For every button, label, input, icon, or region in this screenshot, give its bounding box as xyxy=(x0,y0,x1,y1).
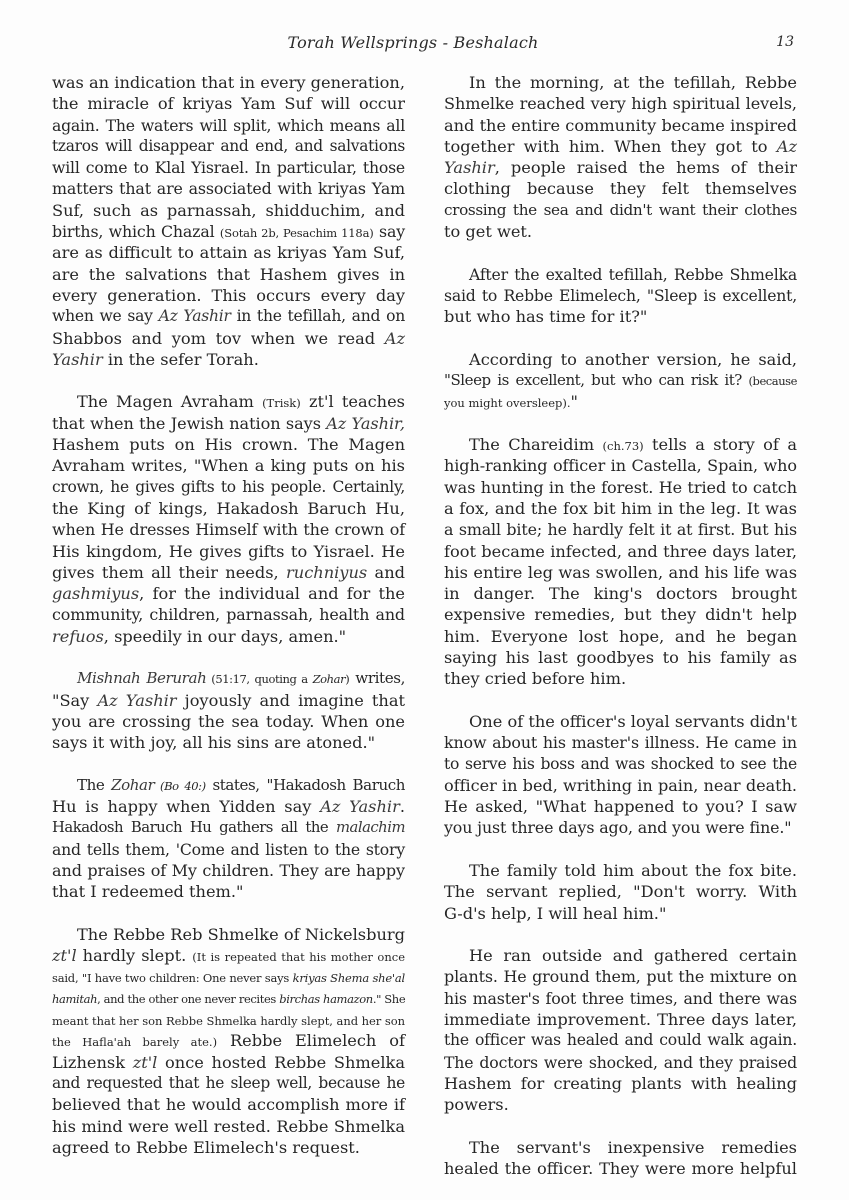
text-run: One of the officer's loyal servants didn… xyxy=(469,712,797,731)
text-run: they cried before him. xyxy=(444,669,626,688)
text-line: gives them all their needs, ruchniyus an… xyxy=(52,562,405,583)
text-run: when we say xyxy=(52,307,159,325)
text-run: are as difficult to attain as kriyas Yam… xyxy=(52,243,405,262)
text-line: and tells them, 'Come and listen to the … xyxy=(52,839,405,860)
text-line: His kingdom, He gives gifts to Yisrael. … xyxy=(52,541,405,562)
text-line: crown, he gives gifts to his people. Cer… xyxy=(52,477,405,498)
text-run: writes, xyxy=(349,669,405,687)
paragraph: According to another version, he said,"S… xyxy=(444,349,797,413)
text-line: when we say Az Yashir in the tefillah, a… xyxy=(52,306,405,327)
paragraph: The servant's inexpensive remedieshealed… xyxy=(444,1137,797,1180)
italic-term: Zohar xyxy=(313,672,346,686)
text-run: and xyxy=(367,563,405,582)
text-line: healed the officer. They were more helpf… xyxy=(444,1158,797,1179)
text-run: The servant replied, "Don't worry. With xyxy=(444,882,797,901)
text-run: crown, he gives gifts to his people. Cer… xyxy=(52,478,405,496)
paragraph: One of the officer's loyal servants didn… xyxy=(444,711,797,839)
citation: (Sotah 2b, Pesachim 118a) xyxy=(220,226,374,240)
text-run: The Magen Avraham xyxy=(77,392,262,411)
text-run: together with him. When they got to xyxy=(444,137,777,156)
text-line: According to another version, he said, xyxy=(444,349,797,370)
text-run: that I redeemed them." xyxy=(52,882,244,901)
text-run: The family told him about the fox bite. xyxy=(469,861,797,880)
paragraph: The Zohar (Bo 40:) states, "Hakadosh Bar… xyxy=(52,775,405,903)
text-run: gives them all their needs, xyxy=(52,563,286,582)
text-line: are the salvations that Hashem gives in xyxy=(52,264,405,285)
text-run: the King of kings, Hakadosh Baruch Hu, xyxy=(52,499,405,518)
text-run: He asked, "What happened to you? I saw xyxy=(444,797,797,816)
text-line: The Rebbe Reb Shmelke of Nickelsburg xyxy=(52,924,405,945)
text-run: but who has time for it?" xyxy=(444,307,647,326)
italic-term: Az Yashir, xyxy=(326,414,405,433)
text-line: his entire leg was swollen, and his life… xyxy=(444,562,797,583)
text-run: say xyxy=(374,222,405,241)
text-run: matters that are associated with kriyas … xyxy=(52,179,405,198)
text-line: together with him. When they got to Az xyxy=(444,136,797,157)
text-line: community, children, parnassah, health a… xyxy=(52,604,405,625)
italic-term: Mishnah Berurah xyxy=(77,669,206,687)
text-run: in the sefer Torah. xyxy=(103,350,259,369)
text-line: a fox, and the fox bit him in the leg. I… xyxy=(444,498,797,519)
text-run: Shmelke reached very high spiritual leve… xyxy=(444,94,797,113)
text-run: The xyxy=(77,776,111,794)
text-run: expensive remedies, but they didn't help xyxy=(444,605,797,624)
text-run: Hashem puts on His crown. The Magen xyxy=(52,435,405,454)
text-line: Yashir, people raised the hems of their xyxy=(444,157,797,178)
text-line: foot became infected, and three days lat… xyxy=(444,541,797,562)
text-line: gashmiyus, for the individual and for th… xyxy=(52,583,405,604)
text-run: Suf, such as parnassah, shidduchim, and xyxy=(52,201,405,220)
text-run: The Chareidim xyxy=(469,435,603,454)
text-line: high-ranking officer in Castella, Spain,… xyxy=(444,455,797,476)
text-run: saying his last goodbyes to his family a… xyxy=(444,648,797,667)
text-run: and tells them, 'Come and listen to the … xyxy=(52,840,405,859)
text-run: a fox, and the fox bit him in the leg. I… xyxy=(444,499,797,518)
text-run: to serve his boss and was shocked to see… xyxy=(444,755,797,773)
citation: (ch.73) xyxy=(603,439,644,453)
text-run: said to Rebbe Elimelech, "Sleep is excel… xyxy=(444,286,797,305)
citation: meant that her son Rebbe Shmelka hardly … xyxy=(52,1014,405,1028)
text-line: and praises of My children. They are hap… xyxy=(52,860,405,881)
text-run: him. Everyone lost hope, and he began xyxy=(444,627,797,646)
text-line: to get wet. xyxy=(444,221,797,242)
text-line: Lizhensk zt'l once hosted Rebbe Shmelka xyxy=(52,1052,405,1073)
text-line: will come to Klal Yisrael. In particular… xyxy=(52,157,405,178)
citation: said, "I have two children: One never sa… xyxy=(52,971,293,985)
paragraph: The Chareidim (ch.73) tells a story of a… xyxy=(444,434,797,690)
italic-term: malachim xyxy=(336,819,405,836)
text-line: The servant's inexpensive remedies xyxy=(444,1137,797,1158)
italic-term: gashmiyus xyxy=(52,584,139,603)
text-run: crossing the sea and didn't want their c… xyxy=(444,201,797,219)
text-run: officer in bed, writhing in pain, near d… xyxy=(444,776,797,795)
paragraph: was an indication that in every generati… xyxy=(52,72,405,370)
text-run: and praises of My children. They are hap… xyxy=(52,861,405,880)
citation: (Trisk) xyxy=(262,396,301,410)
text-line: Hu is happy when Yidden say Az Yashir. xyxy=(52,796,405,817)
text-run: that when the Jewish nation says xyxy=(52,414,326,433)
text-run: Lizhensk xyxy=(52,1053,133,1072)
running-header: Torah Wellsprings - Beshalach 13 xyxy=(0,30,849,56)
text-run: Avraham writes, "When a king puts on his xyxy=(52,456,405,475)
italic-term: hamitah xyxy=(52,992,97,1006)
text-line: crossing the sea and didn't want their c… xyxy=(444,200,797,221)
text-line: again. The waters will split, which mean… xyxy=(52,115,405,136)
text-line: meant that her son Rebbe Shmelka hardly … xyxy=(52,1009,405,1030)
text-line: Suf, such as parnassah, shidduchim, and xyxy=(52,200,405,221)
text-line: said to Rebbe Elimelech, "Sleep is excel… xyxy=(444,285,797,306)
italic-term: Zohar xyxy=(111,776,154,794)
text-run: and the entire community became inspired xyxy=(444,116,797,135)
text-run: "Sleep is excellent, but who can risk it… xyxy=(444,371,748,389)
citation: you might oversleep). xyxy=(444,396,571,410)
text-line: him. Everyone lost hope, and he began xyxy=(444,626,797,647)
text-line: you just three days ago, and you were fi… xyxy=(444,817,797,838)
italic-term: zt'l xyxy=(133,1053,158,1072)
text-line: are as difficult to attain as kriyas Yam… xyxy=(52,242,405,263)
text-line: The family told him about the fox bite. xyxy=(444,860,797,881)
text-line: know about his master's illness. He came… xyxy=(444,732,797,753)
text-line: Hakadosh Baruch Hu gathers all the malac… xyxy=(52,817,405,838)
text-line: you might oversleep)." xyxy=(444,391,797,412)
citation: (It is repeated that his mother once xyxy=(192,950,405,964)
text-line: in danger. The king's doctors brought xyxy=(444,583,797,604)
text-line: his mind were well rested. Rebbe Shmelka xyxy=(52,1116,405,1137)
italic-term: (Bo 40:) xyxy=(154,779,205,793)
text-line: that when the Jewish nation says Az Yash… xyxy=(52,413,405,434)
text-line: One of the officer's loyal servants didn… xyxy=(444,711,797,732)
text-run: tells a story of a xyxy=(644,435,797,454)
text-line: expensive remedies, but they didn't help xyxy=(444,604,797,625)
text-run: believed that he would accomplish more i… xyxy=(52,1095,405,1114)
text-run: Rebbe Elimelech of xyxy=(217,1031,405,1050)
text-line: The servant replied, "Don't worry. With xyxy=(444,881,797,902)
text-run: His kingdom, He gives gifts to Yisrael. … xyxy=(52,542,405,561)
citation: (because xyxy=(748,374,797,388)
text-run: are the salvations that Hashem gives in xyxy=(52,265,405,284)
text-line: Avraham writes, "When a king puts on his xyxy=(52,455,405,476)
paragraph: The Magen Avraham (Trisk) zt'l teachesth… xyxy=(52,391,405,647)
text-run: a small bite; he hardly felt it at first… xyxy=(444,520,797,539)
italic-term: kriyas Shema she'al xyxy=(293,971,405,985)
text-run: says it with joy, all his sins are atone… xyxy=(52,733,375,752)
text-run: again. The waters will split, which mean… xyxy=(52,116,405,135)
text-run: Hakadosh Baruch Hu gathers all the xyxy=(52,819,336,836)
text-run: G-d's help, I will heal him." xyxy=(444,904,666,923)
text-line: matters that are associated with kriyas … xyxy=(52,178,405,199)
text-run: in danger. The king's doctors brought xyxy=(444,584,797,603)
text-line: tzaros will disappear and end, and salva… xyxy=(52,136,405,157)
text-line: agreed to Rebbe Elimelech's request. xyxy=(52,1137,405,1158)
text-run: " xyxy=(571,392,578,411)
text-run: , people raised the hems of their xyxy=(495,158,797,177)
text-run: his master's foot three times, and there… xyxy=(444,989,797,1008)
text-run: . xyxy=(400,797,405,816)
citation: (51:17, quoting a xyxy=(206,672,312,686)
text-line: officer in bed, writhing in pain, near d… xyxy=(444,775,797,796)
text-line: refuos, speedily in our days, amen." xyxy=(52,626,405,647)
text-line: and requested that he sleep well, becaus… xyxy=(52,1073,405,1094)
text-run: know about his master's illness. He came… xyxy=(444,733,797,752)
text-run: agreed to Rebbe Elimelech's request. xyxy=(52,1138,360,1157)
text-line: He ran outside and gathered certain xyxy=(444,945,797,966)
text-line: zt'l hardly slept. (It is repeated that … xyxy=(52,945,405,966)
text-run: was an indication that in every generati… xyxy=(52,73,405,92)
text-line: the Hafla'ah barely ate.) Rebbe Elimelec… xyxy=(52,1030,405,1051)
page-number: 13 xyxy=(770,34,794,50)
text-run: his mind were well rested. Rebbe Shmelka xyxy=(52,1117,405,1136)
text-line: He asked, "What happened to you? I saw xyxy=(444,796,797,817)
text-run: The doctors were shocked, and they prais… xyxy=(444,1053,797,1072)
italic-term: Az Yashir xyxy=(97,691,176,710)
text-line: his master's foot three times, and there… xyxy=(444,988,797,1009)
text-line: to serve his boss and was shocked to see… xyxy=(444,754,797,775)
italic-term: zt'l xyxy=(52,946,77,965)
text-run: , for the individual and for the xyxy=(139,584,405,603)
text-run: tzaros will disappear and end, and salva… xyxy=(52,137,405,155)
italic-term: Az xyxy=(385,329,405,348)
text-line: a small bite; he hardly felt it at first… xyxy=(444,519,797,540)
text-run: The servant's inexpensive remedies xyxy=(469,1138,797,1157)
text-line: The Zohar (Bo 40:) states, "Hakadosh Bar… xyxy=(52,775,405,796)
text-line: Mishnah Berurah (51:17, quoting a Zohar)… xyxy=(52,668,405,689)
text-run: joyously and imagine that xyxy=(177,691,405,710)
text-run: , speedily in our days, amen." xyxy=(104,627,346,646)
paragraph: The family told him about the fox bite.T… xyxy=(444,860,797,924)
italic-term: refuos xyxy=(52,627,104,646)
text-run: and requested that he sleep well, becaus… xyxy=(52,1074,405,1092)
text-line: believed that he would accomplish more i… xyxy=(52,1094,405,1115)
text-run: Shabbos and yom tov when we read xyxy=(52,329,385,348)
italic-term: Yashir xyxy=(52,350,103,369)
text-run: will come to Klal Yisrael. In particular… xyxy=(52,158,405,177)
document-page: Torah Wellsprings - Beshalach 13 was an … xyxy=(0,0,849,1200)
text-column-left: was an indication that in every generati… xyxy=(52,72,405,1179)
text-line: "Sleep is excellent, but who can risk it… xyxy=(444,370,797,391)
text-line: when He dresses Himself with the crown o… xyxy=(52,519,405,540)
text-line: hamitah, and the other one never recites… xyxy=(52,988,405,1009)
paragraph: He ran outside and gathered certainplant… xyxy=(444,945,797,1115)
text-line: Hashem puts on His crown. The Magen xyxy=(52,434,405,455)
text-run: powers. xyxy=(444,1095,509,1114)
text-line: every generation. This occurs every day xyxy=(52,285,405,306)
text-run: states, "Hakadosh Baruch xyxy=(206,776,405,794)
text-run: births, which Chazal xyxy=(52,222,220,241)
text-run: clothing because they felt themselves xyxy=(444,179,797,198)
text-run: He ran outside and gathered certain xyxy=(469,946,797,965)
citation: ." She xyxy=(373,992,405,1006)
text-line: was hunting in the forest. He tried to c… xyxy=(444,477,797,498)
text-run: to get wet. xyxy=(444,222,532,241)
text-line: immediate improvement. Three days later, xyxy=(444,1009,797,1030)
text-run: community, children, parnassah, health a… xyxy=(52,605,405,624)
text-run: After the exalted tefillah, Rebbe Shmelk… xyxy=(469,265,797,284)
text-line: "Say Az Yashir joyously and imagine that xyxy=(52,690,405,711)
text-run: the miracle of kriyas Yam Suf will occur xyxy=(52,94,405,113)
text-run: hardly slept. xyxy=(77,946,193,965)
text-line: The Chareidim (ch.73) tells a story of a xyxy=(444,434,797,455)
text-run: immediate improvement. Three days later, xyxy=(444,1010,797,1029)
text-line: the officer was healed and could walk ag… xyxy=(444,1030,797,1051)
text-line: Yashir in the sefer Torah. xyxy=(52,349,405,370)
text-line: plants. He ground them, put the mixture … xyxy=(444,966,797,987)
text-line: In the morning, at the tefillah, Rebbe xyxy=(444,72,797,93)
text-run: every generation. This occurs every day xyxy=(52,286,405,305)
italic-term: ruchniyus xyxy=(286,563,367,582)
text-line: saying his last goodbyes to his family a… xyxy=(444,647,797,668)
text-line: Shabbos and yom tov when we read Az xyxy=(52,328,405,349)
text-line: clothing because they felt themselves xyxy=(444,178,797,199)
citation: , and the other one never recites xyxy=(97,992,279,1006)
italic-term: Az Yashir xyxy=(320,797,400,816)
text-line: powers. xyxy=(444,1094,797,1115)
text-line: the miracle of kriyas Yam Suf will occur xyxy=(52,93,405,114)
text-line: Shmelke reached very high spiritual leve… xyxy=(444,93,797,114)
text-line: and the entire community became inspired xyxy=(444,115,797,136)
text-line: but who has time for it?" xyxy=(444,306,797,327)
text-column-right: In the morning, at the tefillah, RebbeSh… xyxy=(444,72,797,1200)
text-run: you are crossing the sea today. When one xyxy=(52,712,405,731)
paragraph: The Rebbe Reb Shmelke of Nickelsburgzt'l… xyxy=(52,924,405,1158)
text-line: births, which Chazal (Sotah 2b, Pesachim… xyxy=(52,221,405,242)
italic-term: Yashir xyxy=(444,158,495,177)
citation: the Hafla'ah barely ate.) xyxy=(52,1035,217,1049)
text-run: In the morning, at the tefillah, Rebbe xyxy=(469,73,797,92)
text-run: According to another version, he said, xyxy=(469,350,797,369)
text-run: in the tefillah, and on xyxy=(231,307,405,325)
text-run: zt'l teaches xyxy=(301,392,405,411)
text-run: healed the officer. They were more helpf… xyxy=(444,1159,797,1178)
text-run: The Rebbe Reb Shmelke of Nickelsburg xyxy=(77,925,405,944)
text-line: they cried before him. xyxy=(444,668,797,689)
text-run: "Say xyxy=(52,691,97,710)
text-line: After the exalted tefillah, Rebbe Shmelk… xyxy=(444,264,797,285)
text-run: foot became infected, and three days lat… xyxy=(444,542,797,561)
text-line: says it with joy, all his sins are atone… xyxy=(52,732,405,753)
text-line: said, "I have two children: One never sa… xyxy=(52,966,405,987)
text-run: the officer was healed and could walk ag… xyxy=(444,1031,797,1049)
text-run: plants. He ground them, put the mixture … xyxy=(444,967,797,986)
text-run: when He dresses Himself with the crown o… xyxy=(52,520,405,539)
text-run: Hu is happy when Yidden say xyxy=(52,797,320,816)
text-line: that I redeemed them." xyxy=(52,881,405,902)
text-line: The doctors were shocked, and they prais… xyxy=(444,1052,797,1073)
text-run: you just three days ago, and you were fi… xyxy=(444,818,791,837)
text-run: Hashem for creating plants with healing xyxy=(444,1074,797,1093)
text-line: Hashem for creating plants with healing xyxy=(444,1073,797,1094)
paragraph: In the morning, at the tefillah, RebbeSh… xyxy=(444,72,797,242)
paragraph: After the exalted tefillah, Rebbe Shmelk… xyxy=(444,264,797,328)
paragraph: Mishnah Berurah (51:17, quoting a Zohar)… xyxy=(52,668,405,753)
text-line: G-d's help, I will heal him." xyxy=(444,903,797,924)
text-line: The Magen Avraham (Trisk) zt'l teaches xyxy=(52,391,405,412)
italic-term: birchas hamazon xyxy=(279,992,373,1006)
text-run: was hunting in the forest. He tried to c… xyxy=(444,478,797,497)
running-header-title: Torah Wellsprings - Beshalach xyxy=(287,33,539,52)
text-run: once hosted Rebbe Shmelka xyxy=(157,1053,405,1072)
text-line: was an indication that in every generati… xyxy=(52,72,405,93)
text-run: his entire leg was swollen, and his life… xyxy=(444,563,797,582)
text-line: you are crossing the sea today. When one xyxy=(52,711,405,732)
text-line: the King of kings, Hakadosh Baruch Hu, xyxy=(52,498,405,519)
italic-term: Az Yashir xyxy=(159,307,231,325)
text-run: high-ranking officer in Castella, Spain,… xyxy=(444,456,797,475)
italic-term: Az xyxy=(777,137,797,156)
